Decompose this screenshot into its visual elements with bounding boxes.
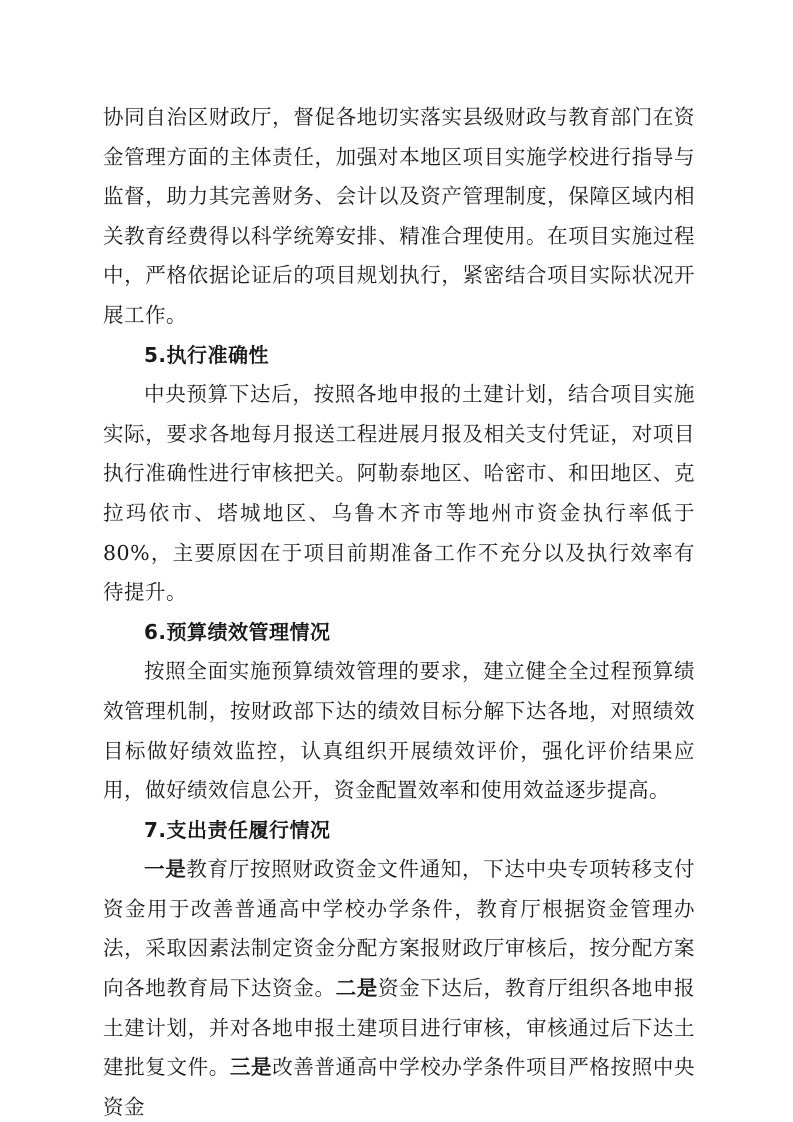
expenditure-responsibility-paragraph: 一是教育厅按照财政资金文件通知，下达中央专项转移支付资金用于改善普通高中学校办学…: [103, 850, 695, 1122]
section-heading-execution-accuracy: 5.执行准确性: [103, 336, 695, 376]
point-label-third: 三是: [230, 1055, 272, 1079]
intro-paragraph: 协同自治区财政厅，督促各地切实落实县级财政与教育部门在资金管理方面的主体责任，加…: [103, 98, 695, 336]
section-heading-budget-performance: 6.预算绩效管理情况: [103, 613, 695, 653]
execution-accuracy-paragraph: 中央预算下达后，按照各地申报的土建计划，结合项目实施实际，要求各地每月报送工程进…: [103, 375, 695, 613]
point-label-second: 二是: [336, 976, 378, 1000]
section-heading-expenditure-responsibility: 7.支出责任履行情况: [103, 811, 695, 851]
budget-performance-paragraph: 按照全面实施预算绩效管理的要求，建立健全全过程预算绩效管理机制，按财政部下达的绩…: [103, 652, 695, 810]
document-page: 协同自治区财政厅，督促各地切实落实县级财政与教育部门在资金管理方面的主体责任，加…: [103, 98, 695, 1122]
point-label-first: 一是: [144, 857, 186, 881]
